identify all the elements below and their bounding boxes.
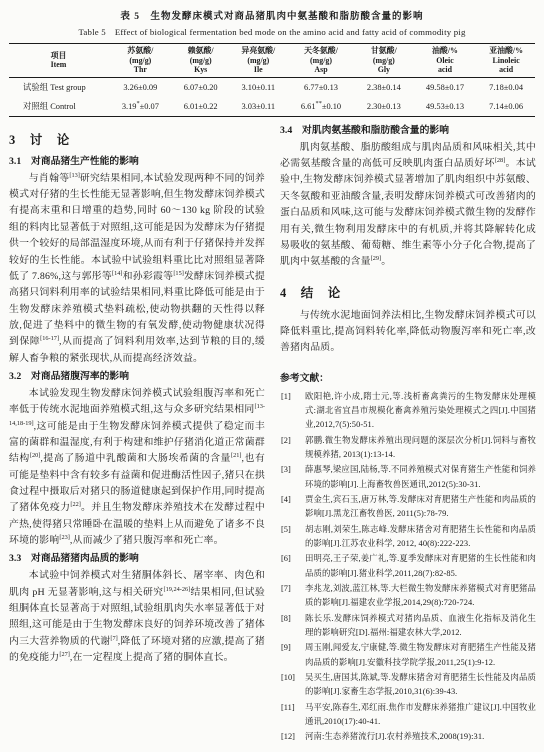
- section-4-heading: 4 结 论: [280, 283, 536, 301]
- reference-item: [1]欧阳艳,许小成,隋士元,等.浅析畜禽粪污的生物发酵床处理模式:湖北省宜昌市…: [280, 390, 536, 433]
- table-caption-zh: 表 5 生物发酵床模式对商品猪肌肉中氨基酸和脂肪酸含量的影响: [9, 8, 535, 22]
- reference-number: [4]: [280, 493, 305, 507]
- section-3-3-heading: 3.3 对商品猪猪肉品质的影响: [9, 552, 265, 566]
- reference-text: 河南:生态养猪流行[J].农村养殖技术,2008(19):31.: [305, 730, 536, 744]
- row-label: 试验组 Test group: [9, 77, 109, 97]
- reference-text: 吴买生,唐国其,陈斌,等.发酵床猪舍对育肥猪生长性能及肉品质的影响[J].家畜生…: [305, 671, 536, 700]
- reference-number: [11]: [280, 701, 305, 715]
- cell-value: 3.19*±0.07: [109, 97, 172, 117]
- reference-number: [5]: [280, 523, 305, 537]
- reference-text: 胡志刚,刘荣生,陈志峰.发酵床猪舍对育肥猪生长性能和肉品质的影响[J].江苏农业…: [305, 523, 536, 552]
- reference-item: [10]吴买生,唐国其,陈斌,等.发酵床猪舍对育肥猪生长性能及肉品质的影响[J]…: [280, 671, 536, 700]
- reference-text: 田明亮,王子荣,姜广礼,等.夏季发酵床对育肥猪的生长性能和肉品质的影响[J].猪…: [305, 552, 536, 581]
- reference-text: 郭鹏.微生物发酵床养殖出现问题的深层次分析[J].饲料与畜牧规模养猪, 2013…: [305, 434, 536, 463]
- reference-item: [4]贾金生,宾石玉,唐万林,等.发酵床对育肥猪生产性能和肉品质的影响[J].黑…: [280, 493, 536, 522]
- cell-value: 6.77±0.13: [287, 77, 355, 97]
- reference-item: [11]马平安,陈春生,邓红雨.焦作市发酵床养猪推广建议[J].中国牧业通讯,2…: [280, 701, 536, 730]
- table-header-row: 项目Item苏氨酸/(mg/g)Thr赖氨酸/(mg/g)Kys异亮氨酸/(mg…: [9, 44, 535, 78]
- left-column: 3 讨 论 3.1 对商品猪生产性能的影响 与肖翰等[13]研究结果相同,本试验…: [9, 124, 265, 746]
- references-list: [1]欧阳艳,许小成,隋士元,等.浅析畜禽粪污的生物发酵床处理模式:湖北省宜昌市…: [280, 390, 536, 745]
- cell-value: 49.53±0.13: [413, 97, 478, 117]
- row-label: 对照组 Control: [9, 97, 109, 117]
- section-3-heading: 3 讨 论: [9, 130, 265, 148]
- reference-item: [9]周玉刚,闻爱友,宁康健,等.微生物发酵床对育肥猪生产性能及猪肉品质的影响[…: [280, 641, 536, 670]
- cell-value: 6.07±0.20: [172, 77, 230, 97]
- column-header: 项目Item: [9, 44, 109, 78]
- column-header: 赖氨酸/(mg/g)Kys: [172, 44, 230, 78]
- section-3-4-heading: 3.4 对肌肉氨基酸和脂肪酸含量的影响: [280, 124, 536, 138]
- column-header: 异亮氨酸/(mg/g)Ile: [230, 44, 288, 78]
- reference-number: [10]: [280, 671, 305, 685]
- reference-number: [6]: [280, 552, 305, 566]
- column-header: 油酸/%Oleicacid: [413, 44, 478, 78]
- reference-text: 李兆龙,刘波,蓝江林,等.大栏微生物发酵床养猪模式对育肥猪品质的影响[J].福建…: [305, 582, 536, 611]
- right-column: 3.4 对肌肉氨基酸和脂肪酸含量的影响 肌肉氨基酸、脂肪酸组成与肌肉品质和风味相…: [280, 124, 536, 746]
- reference-text: 欧阳艳,许小成,隋士元,等.浅析畜禽粪污的生物发酵床处理模式:湖北省宜昌市规模化…: [305, 390, 536, 433]
- column-header: 亚油酸/%Linoleicacid: [477, 44, 535, 78]
- cell-value: 7.14±0.06: [477, 97, 535, 117]
- reference-item: [12]河南:生态养猪流行[J].农村养殖技术,2008(19):31.: [280, 730, 536, 744]
- cell-value: 2.38±0.14: [355, 77, 413, 97]
- reference-text: 薛惠琴,梁应国,陆杨,等.不同养殖模式对保育猪生产性能和饲养环境的影响[J].上…: [305, 463, 536, 492]
- section-3-4-paragraph: 肌肉氨基酸、脂肪酸组成与肌肉品质和风味相关,其中必需氨基酸含量的高低可反映肌肉蛋…: [280, 140, 536, 271]
- reference-text: 周玉刚,闻爱友,宁康健,等.微生物发酵床对育肥猪生产性能及猪肉品质的影响[J].…: [305, 641, 536, 670]
- reference-item: [8]陈长乐.发酵床饲养模式对猪肉品质、血液生化指标及消化生理的影响研究[D].…: [280, 612, 536, 641]
- reference-item: [5]胡志刚,刘荣生,陈志峰.发酵床猪舍对育肥猪生长性能和肉品质的影响[J].江…: [280, 523, 536, 552]
- column-header: 苏氨酸/(mg/g)Thr: [109, 44, 172, 78]
- reference-number: [12]: [280, 730, 305, 744]
- conclusion-paragraph: 与传统水泥地面饲养法相比,生物发酵床饲养模式可以降低料重比,提高饲料转化率,降低…: [280, 308, 536, 357]
- cell-value: 2.30±0.13: [355, 97, 413, 117]
- references-title: 参考文献：: [280, 370, 536, 384]
- cell-value: 3.03±0.11: [230, 97, 288, 117]
- two-column-text: 3 讨 论 3.1 对商品猪生产性能的影响 与肖翰等[13]研究结果相同,本试验…: [9, 124, 535, 746]
- reference-number: [8]: [280, 612, 305, 626]
- section-3-2-paragraph: 本试验发现生物发酵床饲养模式试验组腹泻率和死亡率低于传统水泥地面养殖模式组,这与…: [9, 386, 265, 549]
- paper-page: 表 5 生物发酵床模式对商品猪肌肉中氨基酸和脂肪酸含量的影响 Table 5 E…: [0, 0, 544, 752]
- reference-item: [2]郭鹏.微生物发酵床养殖出现问题的深层次分析[J].饲料与畜牧规模养猪, 2…: [280, 434, 536, 463]
- table-row: 对照组 Control3.19*±0.076.01±0.223.03±0.116…: [9, 97, 535, 117]
- reference-number: [9]: [280, 641, 305, 655]
- reference-item: [7]李兆龙,刘波,蓝江林,等.大栏微生物发酵床养猪模式对育肥猪品质的影响[J]…: [280, 582, 536, 611]
- cell-value: 3.26±0.09: [109, 77, 172, 97]
- reference-number: [7]: [280, 582, 305, 596]
- reference-number: [1]: [280, 390, 305, 404]
- reference-item: [6]田明亮,王子荣,姜广礼,等.夏季发酵床对育肥猪的生长性能和肉品质的影响[J…: [280, 552, 536, 581]
- cell-value: 3.10±0.11: [230, 77, 288, 97]
- section-3-3-paragraph: 本试验中饲养模式对生猪胴体斜长、屠宰率、肉色和肌肉 pH 无显著影响,这与相关研…: [9, 568, 265, 666]
- reference-number: [2]: [280, 434, 305, 448]
- column-header: 甘氨酸/(mg/g)Gly: [355, 44, 413, 78]
- cell-value: 49.58±0.17: [413, 77, 478, 97]
- reference-number: [3]: [280, 463, 305, 477]
- cell-value: 6.01±0.22: [172, 97, 230, 117]
- amino-fatty-acid-table: 项目Item苏氨酸/(mg/g)Thr赖氨酸/(mg/g)Kys异亮氨酸/(mg…: [9, 43, 535, 117]
- table-row: 试验组 Test group3.26±0.096.07±0.203.10±0.1…: [9, 77, 535, 97]
- table-caption-en: Table 5 Effect of biological fermentatio…: [9, 25, 535, 38]
- section-3-1-heading: 3.1 对商品猪生产性能的影响: [9, 155, 265, 169]
- section-3-2-heading: 3.2 对商品猪腹泻率的影响: [9, 370, 265, 384]
- column-header: 天冬氨酸/(mg/g)Asp: [287, 44, 355, 78]
- table-body: 试验组 Test group3.26±0.096.07±0.203.10±0.1…: [9, 77, 535, 116]
- cell-value: 7.18±0.04: [477, 77, 535, 97]
- reference-text: 陈长乐.发酵床饲养模式对猪肉品质、血液生化指标及消化生理的影响研究[D].福州:…: [305, 612, 536, 641]
- reference-item: [3]薛惠琴,梁应国,陆杨,等.不同养殖模式对保育猪生产性能和饲养环境的影响[J…: [280, 463, 536, 492]
- section-3-1-paragraph: 与肖翰等[13]研究结果相同,本试验发现两种不同的饲养模式对仔猪的生长性能无显著…: [9, 171, 265, 367]
- reference-text: 贾金生,宾石玉,唐万林,等.发酵床对育肥猪生产性能和肉品质的影响[J].黑龙江畜…: [305, 493, 536, 522]
- cell-value: 6.61**±0.10: [287, 97, 355, 117]
- reference-text: 马平安,陈春生,邓红雨.焦作市发酵床养猪推广建议[J].中国牧业通讯,2010(…: [305, 701, 536, 730]
